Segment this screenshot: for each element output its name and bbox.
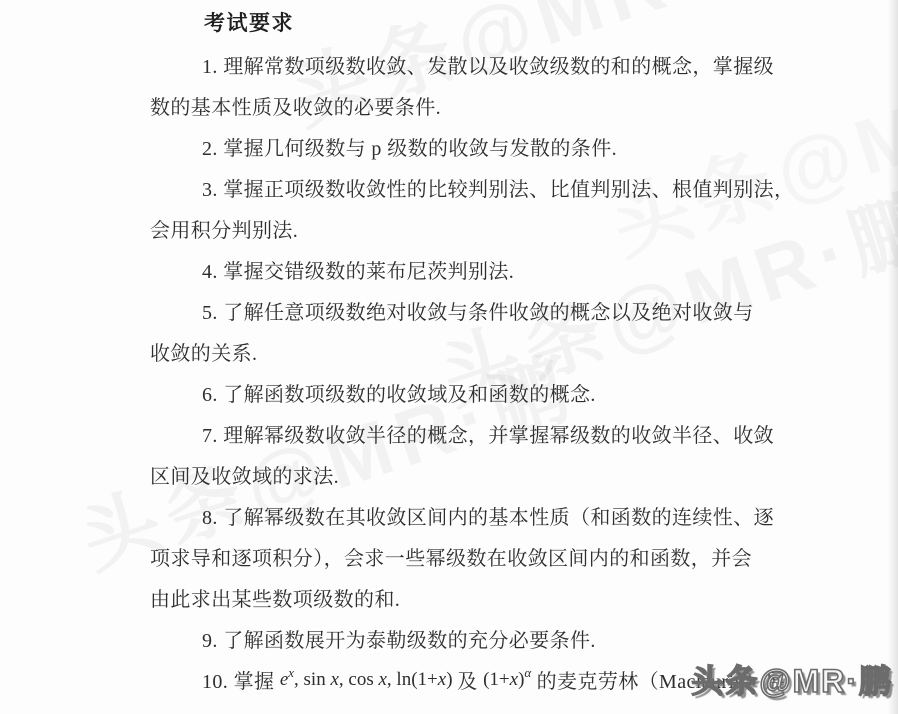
text-run: 5. 了解任意项级数绝对收敛与条件收敛的概念以及绝对收敛与 xyxy=(202,302,754,324)
text-run: x xyxy=(330,669,338,690)
text-run: (1+ xyxy=(483,669,510,690)
text-line: 收敛的关系. xyxy=(150,334,790,375)
page-edge-shadow xyxy=(888,0,898,714)
text-run: 区间及收敛域的求法. xyxy=(150,466,339,488)
text-line: 6. 了解函数项级数的收敛域及和函数的概念. xyxy=(150,375,790,416)
text-run: 会用积分判别法. xyxy=(150,220,298,242)
text-line: 会用积分判别法. xyxy=(150,211,790,252)
text-line: 区间及收敛域的求法. xyxy=(150,457,790,498)
text-line: 数的基本性质及收敛的必要条件. xyxy=(150,88,790,129)
text-run: x xyxy=(438,669,446,690)
document-page: 头条@MR·鹏 头条@MR·鹏 头条@MR·鹏 头条@MR·鹏 考试要求 1. … xyxy=(0,0,898,714)
text-run: 及 xyxy=(457,671,483,693)
text-run: 6. 了解函数项级数的收敛域及和函数的概念. xyxy=(202,384,596,406)
text-run: 数的基本性质及收敛的必要条件. xyxy=(150,97,441,119)
text-line: 3. 掌握正项级数收敛性的比较判别法、比值判别法、根值判别法， xyxy=(150,170,790,211)
text-line: 2. 掌握几何级数与 p 级数的收敛与发散的条件. xyxy=(150,129,790,170)
text-run: , cos xyxy=(339,669,379,690)
text-line: 由此求出某些数项级数的和. xyxy=(150,580,790,621)
superscript: α xyxy=(524,665,531,680)
text-line: 1. 理解常数项级数收敛、发散以及收敛级数的和的概念，掌握级 xyxy=(150,47,790,88)
text-line: 项求导和逐项积分），会求一些幂级数在收敛区间内的和函数，并会 xyxy=(150,539,790,580)
text-line: 5. 了解任意项级数绝对收敛与条件收敛的概念以及绝对收敛与 xyxy=(150,293,790,334)
text-run: 由此求出某些数项级数的和. xyxy=(150,589,400,611)
text-run: , sin xyxy=(294,669,330,690)
text-run: x xyxy=(378,669,386,690)
text-run: x xyxy=(510,669,518,690)
text-run: 7. 理解幂级数收敛半径的概念，并掌握幂级数的收敛半径、收敛 xyxy=(202,425,774,447)
text-run: 收敛的关系. xyxy=(150,343,257,365)
text-run: 10. 掌握 xyxy=(202,671,280,693)
page-title: 考试要求 xyxy=(204,10,294,38)
text-run: 4. 掌握交错级数的莱布尼茨判别法. xyxy=(202,261,514,283)
text-run: ) xyxy=(446,669,457,690)
text-line: 7. 理解幂级数收敛半径的概念，并掌握幂级数的收敛半径、收敛 xyxy=(150,416,790,457)
text-line: 8. 了解幂级数在其收敛区间内的基本性质（和函数的连续性、逐 xyxy=(150,498,790,539)
text-run: , ln(1+ xyxy=(387,669,438,690)
text-run: 8. 了解幂级数在其收敛区间内的基本性质（和函数的连续性、逐 xyxy=(202,507,774,529)
text-run: 项求导和逐项积分），会求一些幂级数在收敛区间内的和函数，并会 xyxy=(150,548,752,570)
text-run: e xyxy=(280,669,288,690)
author-watermark: 头条@MR·鹏 xyxy=(691,656,893,702)
text-run: 9. 了解函数展开为泰勒级数的充分必要条件. xyxy=(202,630,596,652)
text-run: 1. 理解常数项级数收敛、发散以及收敛级数的和的概念，掌握级 xyxy=(202,56,774,78)
text-line: 4. 掌握交错级数的莱布尼茨判别法. xyxy=(150,252,790,293)
document-body: 1. 理解常数项级数收敛、发散以及收敛级数的和的概念，掌握级数的基本性质及收敛的… xyxy=(150,47,790,703)
text-run: 2. 掌握几何级数与 p 级数的收敛与发散的条件. xyxy=(202,138,617,160)
text-run: 3. 掌握正项级数收敛性的比较判别法、比值判别法、根值判别法， xyxy=(202,179,794,201)
